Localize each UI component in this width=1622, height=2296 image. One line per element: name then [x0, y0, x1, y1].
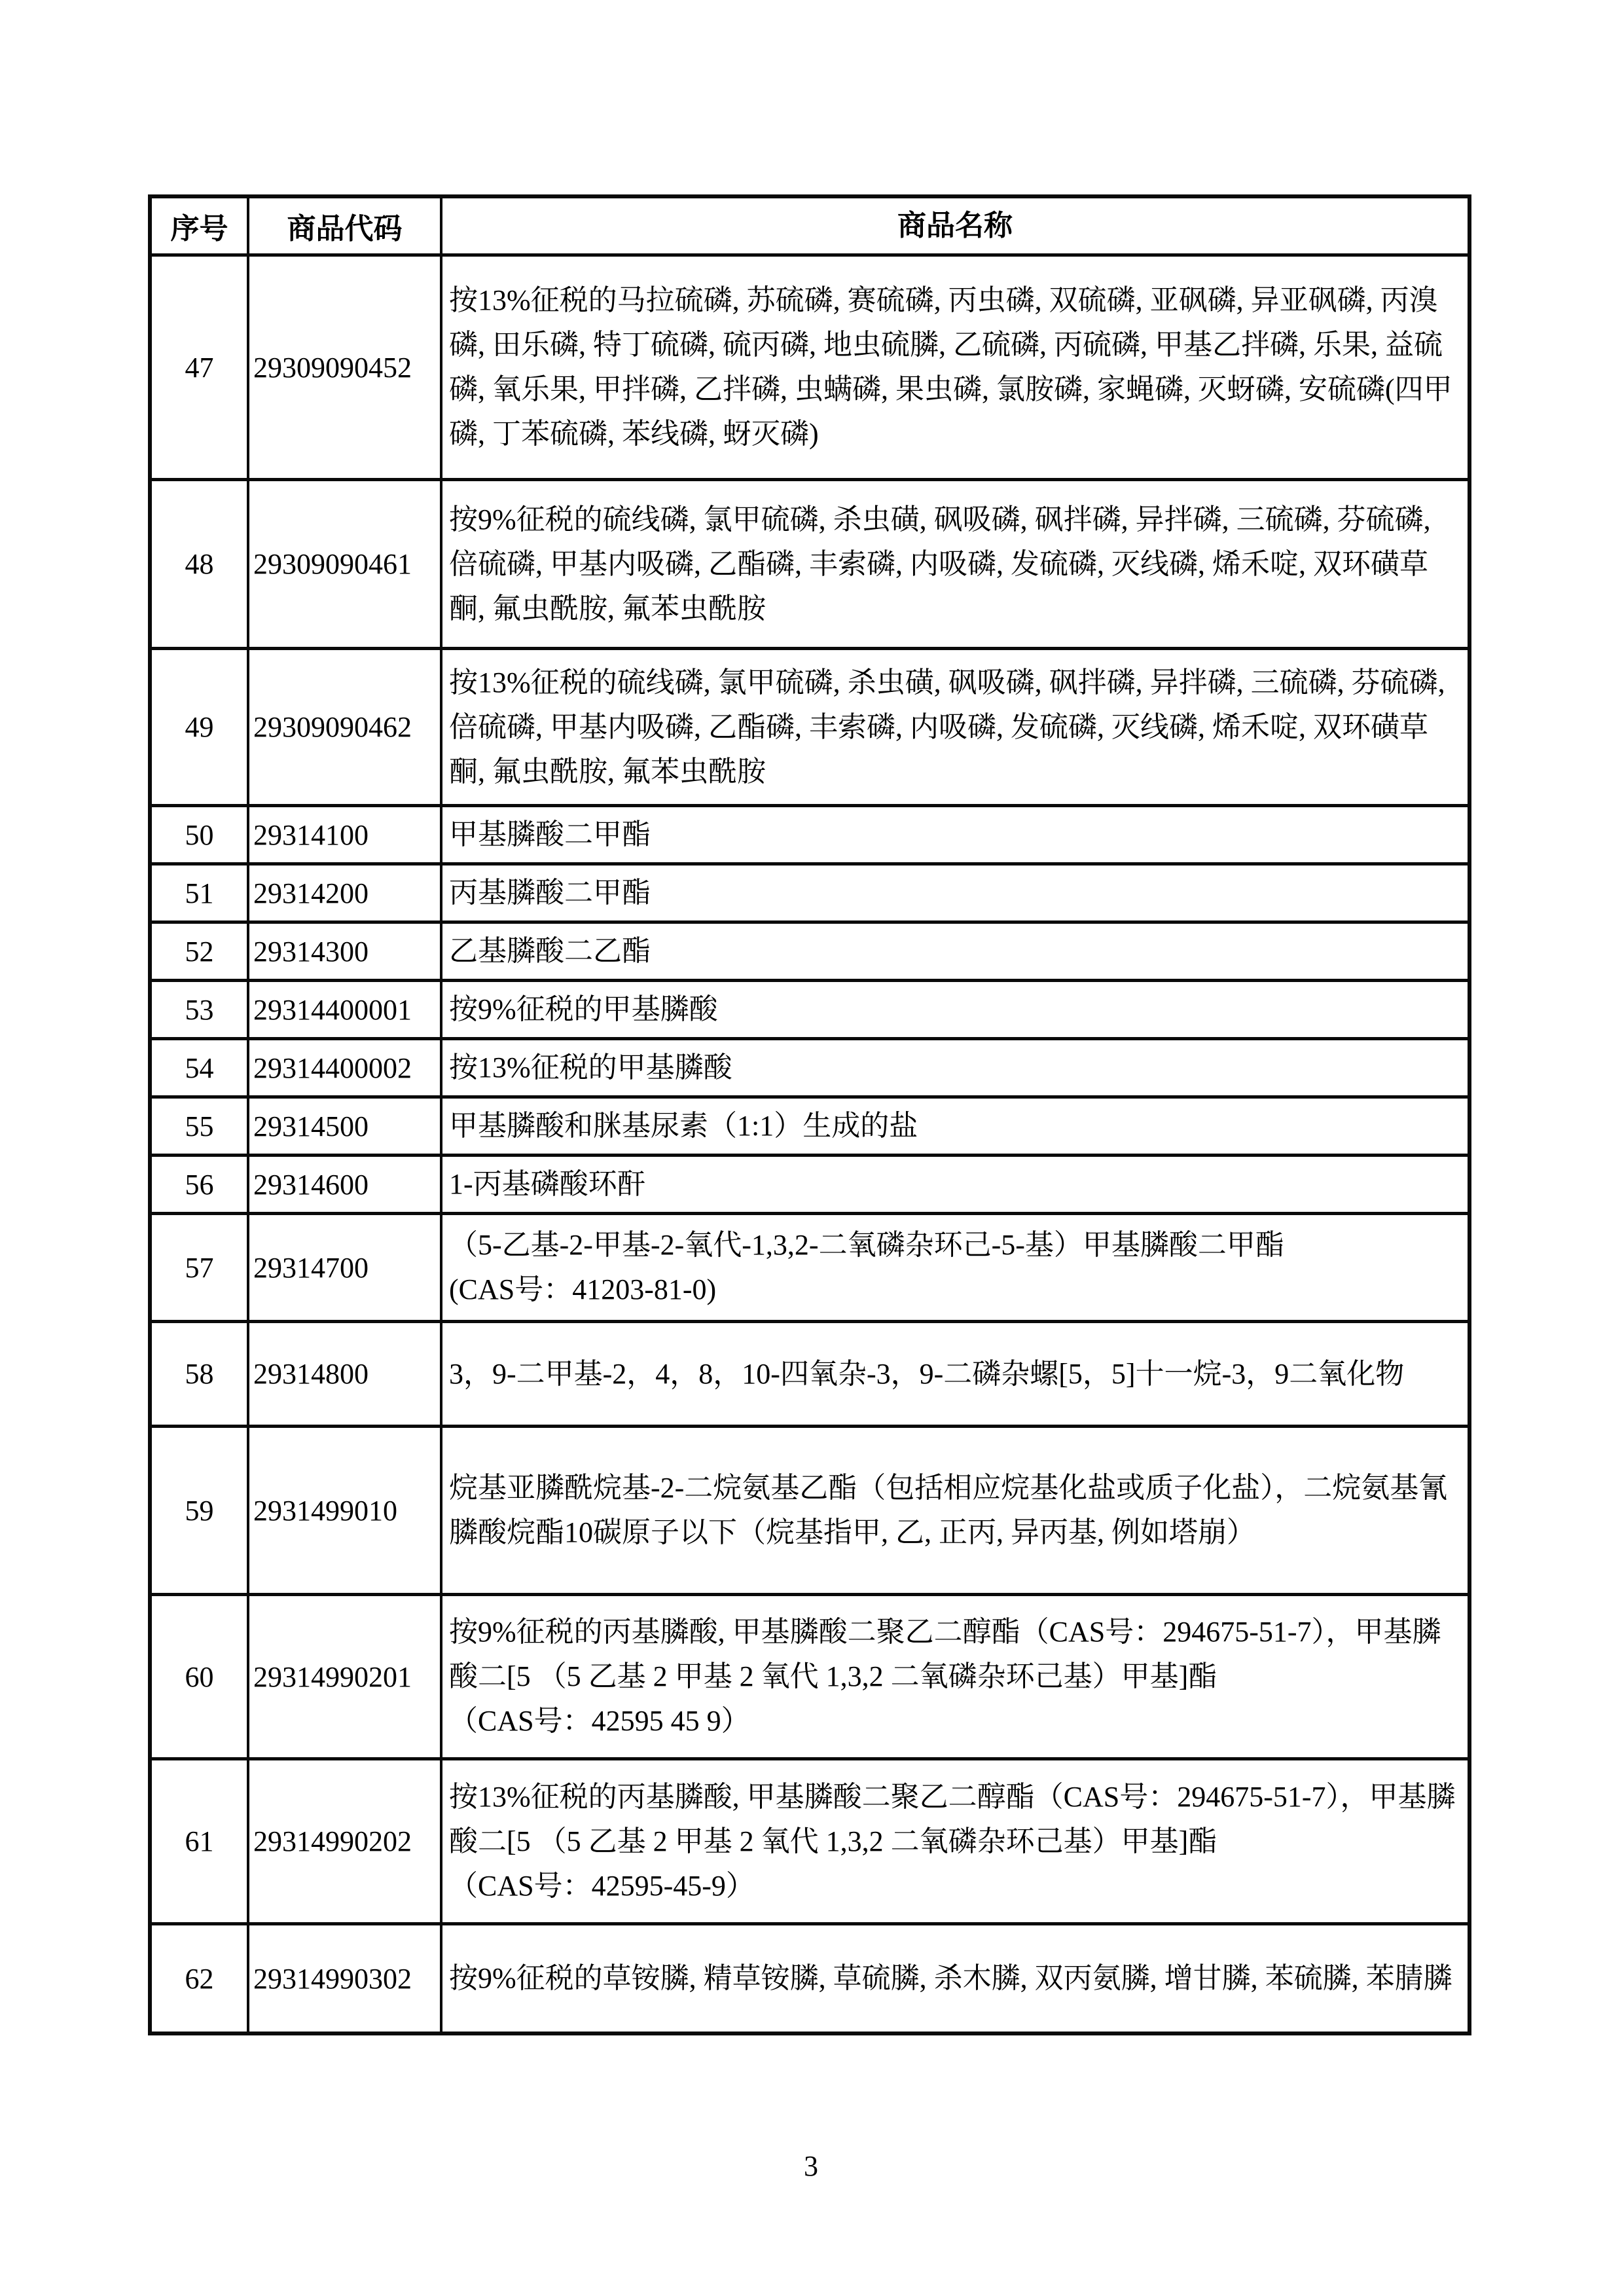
row-index-cell: 51 [152, 866, 247, 920]
table-row: 60 29314990201 按9%征税的丙基膦酸, 甲基膦酸二聚乙二醇酯（CA… [152, 1593, 1468, 1757]
table-row: 53 29314400001 按9%征税的甲基膦酸 [152, 979, 1468, 1037]
row-name-cell: 按9%征税的草铵膦, 精草铵膦, 草硫膦, 杀木膦, 双丙氨膦, 增甘膦, 苯硫… [440, 1925, 1468, 2032]
row-code-cell: 29314100 [247, 807, 440, 862]
row-index-cell: 60 [152, 1596, 247, 1757]
table-row: 58 29314800 3，9-二甲基-2，4，8，10-四氧杂-3，9-二磷杂… [152, 1320, 1468, 1425]
row-name-cell: 按13%征税的硫线磷, 氯甲硫磷, 杀虫磺, 砜吸磷, 砜拌磷, 异拌磷, 三硫… [440, 650, 1468, 804]
row-code-cell: 29314990302 [247, 1925, 440, 2032]
row-index-cell: 54 [152, 1040, 247, 1095]
table-body: 47 29309090452 按13%征税的马拉硫磷, 苏硫磷, 赛硫磷, 丙虫… [152, 253, 1468, 2032]
row-code-cell: 29314700 [247, 1215, 440, 1320]
row-index-cell: 58 [152, 1323, 247, 1425]
row-name-cell: 甲基膦酸二甲酯 [440, 807, 1468, 862]
row-code-cell: 29314990201 [247, 1596, 440, 1757]
row-index-cell: 50 [152, 807, 247, 862]
row-index-cell: 62 [152, 1925, 247, 2032]
row-code-cell: 29314800 [247, 1323, 440, 1425]
row-name-cell: （5-乙基-2-甲基-2-氧代-1,3,2-二氧磷杂环己-5-基）甲基膦酸二甲酯… [440, 1215, 1468, 1320]
row-code-cell: 29309090462 [247, 650, 440, 804]
row-name-cell: 按13%征税的甲基膦酸 [440, 1040, 1468, 1095]
table-row: 47 29309090452 按13%征税的马拉硫磷, 苏硫磷, 赛硫磷, 丙虫… [152, 253, 1468, 478]
row-index-cell: 53 [152, 982, 247, 1037]
row-name-cell: 按13%征税的马拉硫磷, 苏硫磷, 赛硫磷, 丙虫磷, 双硫磷, 亚砜磷, 异亚… [440, 257, 1468, 478]
table-row: 48 29309090461 按9%征税的硫线磷, 氯甲硫磷, 杀虫磺, 砜吸磷… [152, 478, 1468, 647]
row-code-cell: 29314300 [247, 924, 440, 979]
row-name-cell: 甲基膦酸和脒基尿素（1:1）生成的盐 [440, 1099, 1468, 1154]
row-code-cell: 29314400002 [247, 1040, 440, 1095]
header-index: 序号 [152, 198, 247, 253]
table-header-row: 序号 商品代码 商品名称 [152, 198, 1468, 253]
table-row: 59 2931499010 烷基亚膦酰烷基-2-二烷氨基乙酯（包括相应烷基化盐或… [152, 1425, 1468, 1593]
row-name-cell: 3，9-二甲基-2，4，8，10-四氧杂-3，9-二磷杂螺[5，5]十一烷-3，… [440, 1323, 1468, 1425]
commodity-table: 序号 商品代码 商品名称 47 29309090452 按13%征税的马拉硫磷,… [148, 194, 1471, 2035]
table-row: 57 29314700 （5-乙基-2-甲基-2-氧代-1,3,2-二氧磷杂环己… [152, 1212, 1468, 1320]
row-name-cell: 按9%征税的丙基膦酸, 甲基膦酸二聚乙二醇酯（CAS号：294675-51-7）… [440, 1596, 1468, 1757]
table-row: 55 29314500 甲基膦酸和脒基尿素（1:1）生成的盐 [152, 1095, 1468, 1154]
row-code-cell: 29314500 [247, 1099, 440, 1154]
row-name-cell: 1-丙基磷酸环酐 [440, 1157, 1468, 1212]
row-name-cell: 按9%征税的甲基膦酸 [440, 982, 1468, 1037]
row-code-cell: 2931499010 [247, 1428, 440, 1593]
row-code-cell: 29314990202 [247, 1760, 440, 1922]
row-code-cell: 29314600 [247, 1157, 440, 1212]
table-row: 61 29314990202 按13%征税的丙基膦酸, 甲基膦酸二聚乙二醇酯（C… [152, 1757, 1468, 1922]
table-row: 56 29314600 1-丙基磷酸环酐 [152, 1154, 1468, 1212]
row-name-cell: 按13%征税的丙基膦酸, 甲基膦酸二聚乙二醇酯（CAS号：294675-51-7… [440, 1760, 1468, 1922]
row-code-cell: 29309090461 [247, 481, 440, 647]
table-row: 50 29314100 甲基膦酸二甲酯 [152, 804, 1468, 862]
row-index-cell: 47 [152, 257, 247, 478]
row-name-cell: 丙基膦酸二甲酯 [440, 866, 1468, 920]
row-name-cell: 乙基膦酸二乙酯 [440, 924, 1468, 979]
row-index-cell: 48 [152, 481, 247, 647]
row-code-cell: 29314200 [247, 866, 440, 920]
header-code: 商品代码 [247, 198, 440, 253]
row-code-cell: 29309090452 [247, 257, 440, 478]
table-row: 52 29314300 乙基膦酸二乙酯 [152, 920, 1468, 979]
row-name-cell: 按9%征税的硫线磷, 氯甲硫磷, 杀虫磺, 砜吸磷, 砜拌磷, 异拌磷, 三硫磷… [440, 481, 1468, 647]
document-page: { "page": { "number": "3" }, "table": { … [0, 0, 1622, 2296]
row-index-cell: 52 [152, 924, 247, 979]
row-index-cell: 55 [152, 1099, 247, 1154]
header-name: 商品名称 [440, 198, 1468, 253]
page-number: 3 [0, 2149, 1622, 2183]
table-row: 54 29314400002 按13%征税的甲基膦酸 [152, 1037, 1468, 1095]
row-name-cell: 烷基亚膦酰烷基-2-二烷氨基乙酯（包括相应烷基化盐或质子化盐），二烷氨基氰膦酸烷… [440, 1428, 1468, 1593]
row-index-cell: 59 [152, 1428, 247, 1593]
row-code-cell: 29314400001 [247, 982, 440, 1037]
table-row: 49 29309090462 按13%征税的硫线磷, 氯甲硫磷, 杀虫磺, 砜吸… [152, 647, 1468, 804]
row-index-cell: 49 [152, 650, 247, 804]
row-index-cell: 61 [152, 1760, 247, 1922]
row-index-cell: 57 [152, 1215, 247, 1320]
row-index-cell: 56 [152, 1157, 247, 1212]
table-row: 62 29314990302 按9%征税的草铵膦, 精草铵膦, 草硫膦, 杀木膦… [152, 1922, 1468, 2032]
table-row: 51 29314200 丙基膦酸二甲酯 [152, 862, 1468, 920]
